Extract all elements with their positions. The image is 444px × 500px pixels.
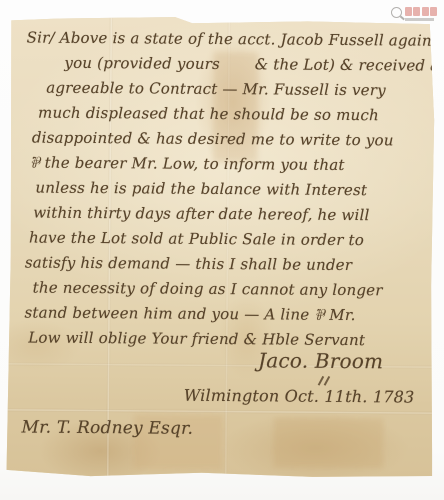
letter-line: you (provided yours & the Lot) & receive… bbox=[18, 50, 429, 78]
site-watermark bbox=[391, 7, 438, 21]
letter-line: disappointed & has desired me to write t… bbox=[18, 125, 429, 153]
letter-line: have the Lot sold at Public Sale in orde… bbox=[17, 225, 428, 253]
letter-paper-sheet: Sir/ Above is a state of the acct. Jacob… bbox=[5, 15, 436, 479]
letter-line: satisfy his demand — this I shall be und… bbox=[17, 250, 428, 278]
letter-line: agreeable to Contract — Mr. Fussell is v… bbox=[18, 75, 429, 103]
watermark-text bbox=[405, 7, 438, 16]
horizontal-fold-crease bbox=[6, 408, 433, 414]
recipient-address-line: Mr. T. Rodney Esqr. bbox=[22, 417, 194, 438]
watermark-underline bbox=[405, 18, 434, 21]
letter-line: ⅌ the bearer Mr. Low, to inform you that bbox=[18, 150, 429, 178]
paper-stain bbox=[273, 417, 383, 468]
letter-line: the necessity of doing as I cannot any l… bbox=[17, 275, 428, 303]
letter-body: Sir/ Above is a state of the acct. Jacob… bbox=[16, 25, 430, 353]
signature-jacob-broom: Jaco. Broom bbox=[258, 348, 383, 373]
letter-line: within thirty days after date hereof, he… bbox=[17, 200, 428, 228]
place-and-date-line: Wilmington Oct. 11th. 1783 bbox=[184, 386, 415, 407]
letter-line: Sir/ Above is a state of the acct. Jacob… bbox=[19, 25, 430, 53]
letter-line: unless he is paid the balance with Inter… bbox=[17, 175, 428, 203]
watermark-glyph bbox=[422, 7, 429, 16]
signature-paraph bbox=[324, 376, 331, 386]
watermark-glyph bbox=[413, 7, 420, 16]
letter-line: much displeased that he should be so muc… bbox=[18, 100, 429, 128]
magnifier-icon bbox=[391, 7, 402, 18]
watermark-glyph bbox=[405, 7, 412, 16]
watermark-glyph bbox=[430, 7, 437, 16]
letter-photo: Sir/ Above is a state of the acct. Jacob… bbox=[0, 0, 444, 500]
letter-line: stand between him and you — A line ⅌ Mr. bbox=[16, 300, 427, 328]
